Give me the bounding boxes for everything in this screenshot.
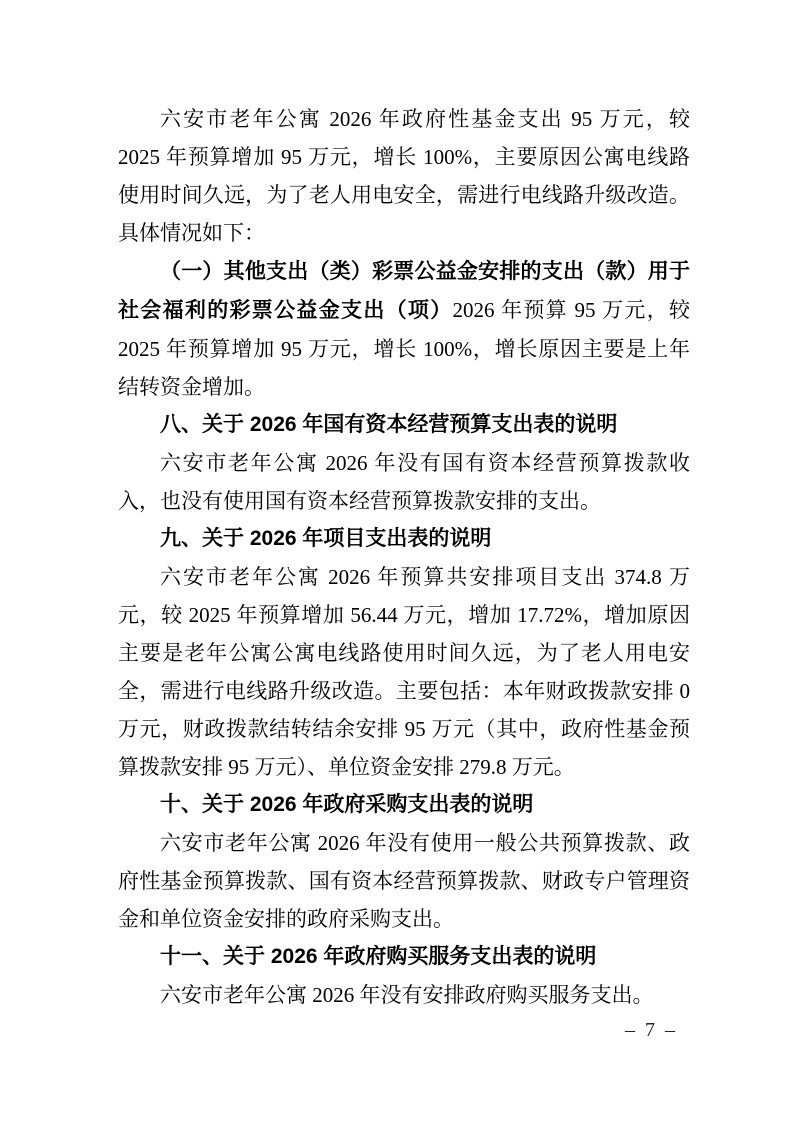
paragraph-project-expenditure: 六安市老年公寓 2026 年预算共安排项目支出 374.8 万元，较 2025 …: [118, 558, 690, 786]
section-heading-10: 十、关于 2026 年政府采购支出表的说明: [118, 786, 690, 824]
paragraph-gov-procurement: 六安市老年公寓 2026 年没有使用一般公共预算拨款、政府性基金预算拨款、国有资…: [118, 824, 690, 938]
paragraph-gov-fund-expenditure: 六安市老年公寓 2026 年政府性基金支出 95 万元，较 2025 年预算增加…: [118, 100, 690, 252]
document-page: 六安市老年公寓 2026 年政府性基金支出 95 万元，较 2025 年预算增加…: [0, 0, 793, 1122]
section-heading-11: 十一、关于 2026 年政府购买服务支出表的说明: [118, 938, 690, 976]
section-heading-8: 八、关于 2026 年国有资本经营预算支出表的说明: [118, 406, 690, 444]
document-content: 六安市老年公寓 2026 年政府性基金支出 95 万元，较 2025 年预算增加…: [118, 100, 690, 1014]
section-heading-9: 九、关于 2026 年项目支出表的说明: [118, 520, 690, 558]
paragraph-lottery-welfare: （一）其他支出（类）彩票公益金安排的支出（款）用于社会福利的彩票公益金支出（项）…: [118, 252, 690, 406]
paragraph-state-capital: 六安市老年公寓 2026 年没有国有资本经营预算拨款收入，也没有使用国有资本经营…: [118, 444, 690, 520]
page-number: – 7 –: [560, 1016, 740, 1044]
paragraph-gov-purchase-services: 六安市老年公寓 2026 年没有安排政府购买服务支出。: [118, 976, 690, 1014]
